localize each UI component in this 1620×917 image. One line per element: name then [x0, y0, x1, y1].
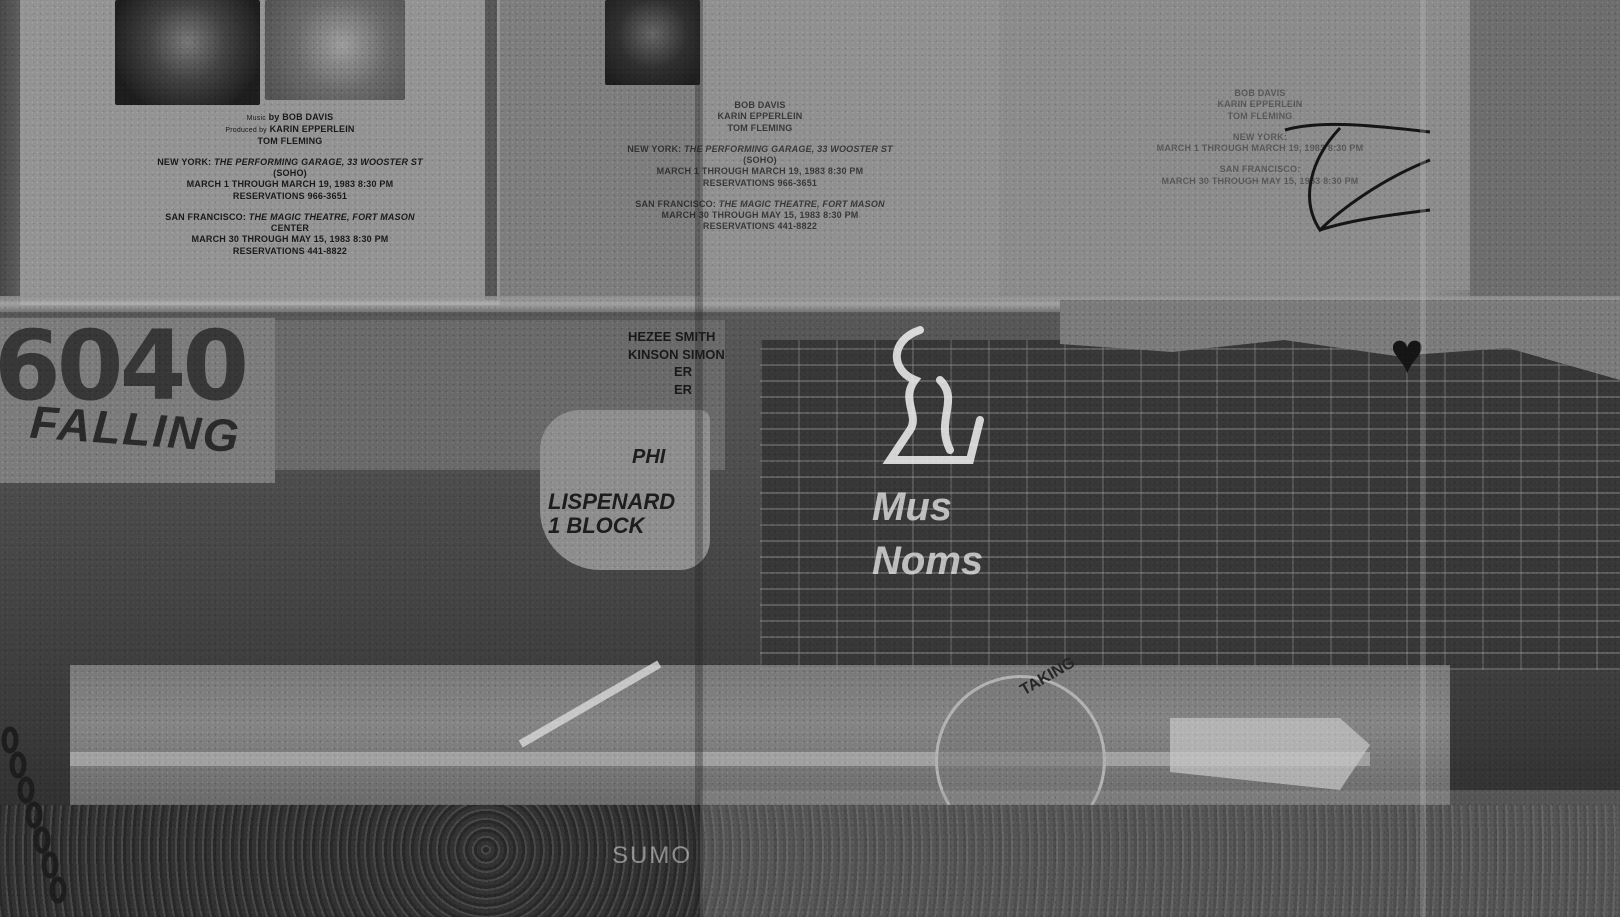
- film-grain: [0, 0, 1620, 917]
- photograph: Music by BOB DAVIS Produced by KARIN EPP…: [0, 0, 1620, 917]
